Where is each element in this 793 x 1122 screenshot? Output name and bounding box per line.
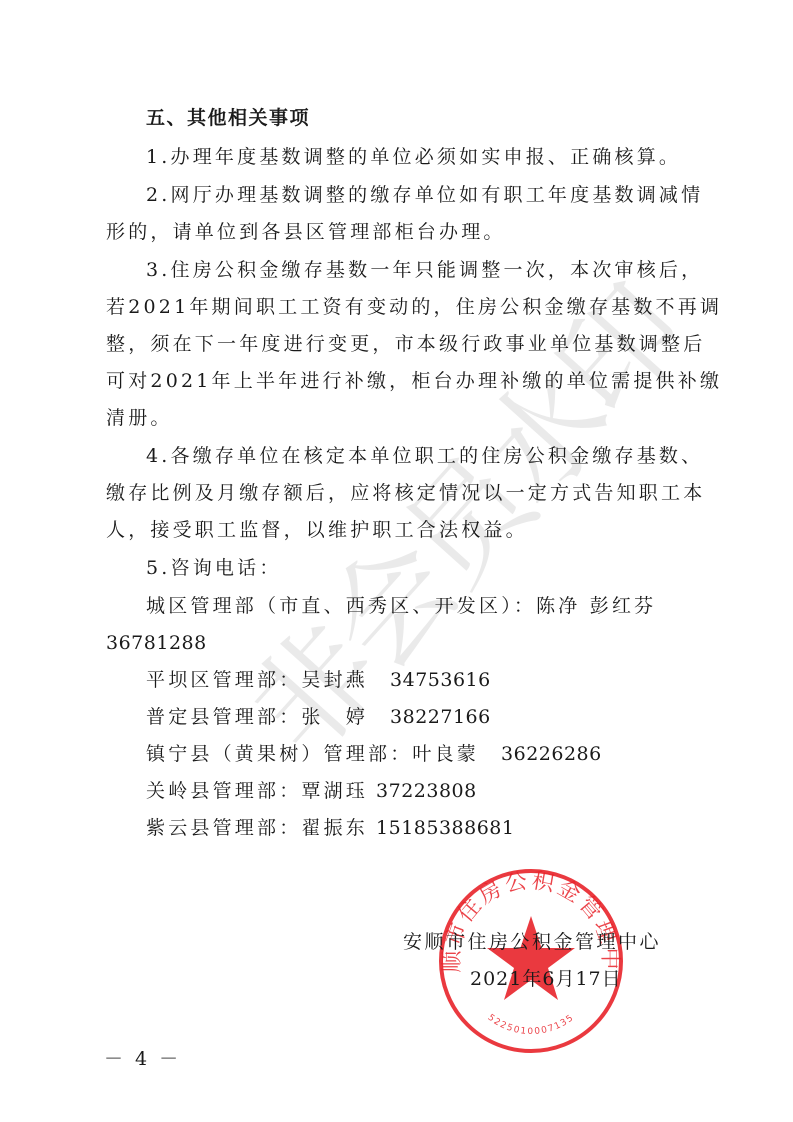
contact-names: 吴封燕 — [301, 669, 368, 691]
contact-row: 关岭县管理部：覃湖珏37223808 — [146, 779, 477, 803]
contact-names: 翟振东 — [301, 817, 368, 839]
contact-row: 平坝区管理部：吴封燕34753616 — [146, 668, 491, 692]
contact-names: 张 婷 — [301, 706, 368, 728]
contact-row: 紫云县管理部：翟振东15185388681 — [146, 816, 515, 840]
contact-row: 普定县管理部：张 婷38227166 — [146, 705, 491, 729]
item-1-line-1: 1.办理年度基数调整的单位必须如实申报、正确核算。 — [146, 145, 681, 169]
contact-phone: 37223808 — [376, 780, 477, 802]
item-4-line-2: 缴存比例及月缴存额后，应将核定情况以一定方式告知职工本 — [106, 481, 705, 505]
item-4-line-1: 4.各缴存单位在核定本单位职工的住房公积金缴存基数、 — [146, 444, 703, 468]
contact-phone: 36226286 — [501, 743, 602, 765]
document-page: 非会员水印 五、其他相关事项 1.办理年度基数调整的单位必须如实申报、正确核算。… — [0, 0, 793, 1122]
item-3-line-4: 可对2021年上半年进行补缴，柜台办理补缴的单位需提供补缴 — [106, 369, 722, 393]
official-seal: 安顺市住房公积金管理中心 5225010007135 — [436, 866, 626, 1056]
section-heading: 五、其他相关事项 — [146, 106, 310, 130]
contact-names: 覃湖珏 — [301, 780, 368, 802]
item-3-line-2: 若2021年期间职工工资有变动的，住房公积金缴存基数不再调 — [106, 295, 722, 319]
seal-serial: 5225010007135 — [486, 1013, 577, 1037]
item-2-line-2: 形的，请单位到各县区管理部柜台办理。 — [106, 220, 506, 244]
contact-phone: 15185388681 — [376, 817, 514, 839]
page-number: － 4 － — [104, 1044, 181, 1071]
contact-row: 镇宁县（黄果树）管理部：叶良蒙36226286 — [146, 742, 602, 766]
item-3-line-3: 整，须在下一年度进行变更，市本级行政事业单位基数调整后 — [106, 332, 705, 356]
contact-names: 叶良蒙 — [412, 743, 479, 765]
contact-dept: 镇宁县（黄果树）管理部： — [146, 743, 412, 765]
contact-dept: 紫云县管理部： — [146, 817, 301, 839]
signature-organization: 安顺市住房公积金管理中心 — [403, 930, 661, 954]
contact-phone: 38227166 — [390, 706, 491, 728]
item-5-line-1: 5.咨询电话： — [146, 556, 282, 580]
contact-dept: 关岭县管理部： — [146, 780, 301, 802]
item-4-line-3: 人，接受职工监督，以维护职工合法权益。 — [106, 518, 528, 542]
contact-names: 陈净 彭红芬 — [536, 595, 656, 617]
item-3-line-5: 清册。 — [106, 406, 173, 430]
item-3-line-1: 3.住房公积金缴存基数一年只能调整一次，本次审核后， — [146, 258, 703, 282]
contact-dept: 平坝区管理部： — [146, 669, 301, 691]
contact-dept: 普定县管理部： — [146, 706, 301, 728]
contact-phone: 34753616 — [390, 669, 491, 691]
contact-dept: 城区管理部（市直、西秀区、开发区）： — [146, 595, 536, 617]
signature-date: 2021年6月17日 — [470, 967, 622, 991]
item-2-line-1: 2.网厅办理基数调整的缴存单位如有职工年度基数调减情 — [146, 183, 703, 207]
contact-row: 城区管理部（市直、西秀区、开发区）：陈净 彭红芬 — [146, 594, 656, 618]
contact-phone: 36781288 — [106, 631, 207, 655]
